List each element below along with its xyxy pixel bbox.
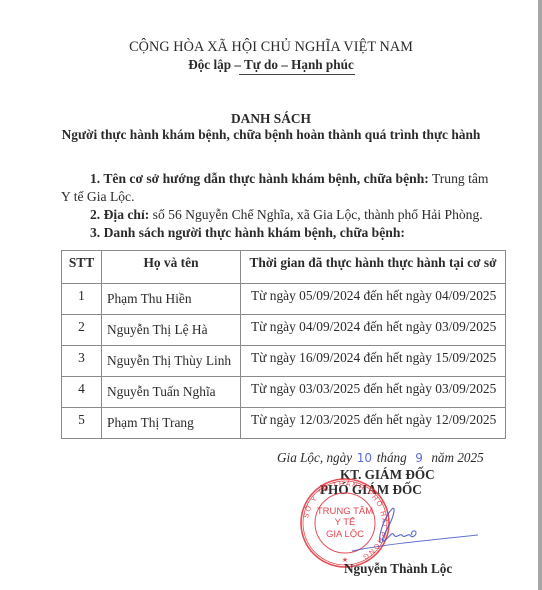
table-row: 3Nguyễn Thị Thùy LinhTừ ngày 16/09/2024 …	[62, 346, 506, 377]
cell-name: Phạm Thị Trang	[102, 408, 241, 439]
cell-stt: 2	[62, 315, 102, 346]
facility-value: Trung tâm	[429, 171, 489, 186]
table-row: 5Phạm Thị TrangTừ ngày 12/03/2025 đến hế…	[62, 408, 506, 439]
signing-day: 10	[355, 451, 373, 465]
cell-period: Từ ngày 04/09/2024 đến hết ngày 03/09/20…	[241, 315, 506, 346]
handwritten-signature-icon	[350, 505, 480, 555]
table-row: 1Phạm Thu HiềnTừ ngày 05/09/2024 đến hết…	[62, 284, 506, 315]
motto-underline	[239, 74, 355, 75]
cell-period: Từ ngày 16/09/2024 đến hết ngày 15/09/20…	[241, 346, 506, 377]
cell-stt: 3	[62, 346, 102, 377]
month-label: tháng	[373, 450, 410, 465]
header-period: Thời gian đã thực hành thực hành tại cơ …	[241, 251, 506, 284]
cell-name: Nguyễn Thị Lệ Hà	[102, 315, 241, 346]
document-subtitle: Người thực hành khám bệnh, chữa bệnh hoà…	[0, 127, 542, 143]
cell-stt: 1	[62, 284, 102, 315]
header-stt: STT	[62, 251, 102, 284]
national-motto: Độc lập – Tự do – Hạnh phúc	[0, 57, 542, 73]
signing-date: Gia Lộc, ngày 10 tháng 9 năm 2025	[277, 450, 484, 466]
cell-period: Từ ngày 03/03/2025 đến hết ngày 03/09/20…	[241, 377, 506, 408]
cell-stt: 5	[62, 408, 102, 439]
page-edge	[538, 0, 542, 590]
table-row: 4Nguyễn Tuấn NghĩaTừ ngày 03/03/2025 đến…	[62, 377, 506, 408]
signer-name: Nguyễn Thành Lộc	[344, 561, 452, 577]
facility-label: 1. Tên cơ sở hướng dẫn thực hành khám bệ…	[90, 171, 429, 186]
facility-line: 1. Tên cơ sở hướng dẫn thực hành khám bệ…	[90, 170, 488, 189]
table-header-row: STT Họ và tên Thời gian đã thực hành thự…	[62, 251, 506, 284]
document-title: DANH SÁCH	[0, 111, 542, 127]
address-value: số 56 Nguyễn Chế Nghĩa, xã Gia Lộc, thàn…	[149, 207, 482, 222]
facility-value-continued: Y tế Gia Lộc.	[61, 188, 134, 207]
cell-name: Nguyễn Thị Thùy Linh	[102, 346, 241, 377]
cell-stt: 4	[62, 377, 102, 408]
list-label: 3. Danh sách người thực hành khám bệnh, …	[90, 224, 405, 243]
signing-place: Gia Lộc, ngày	[277, 450, 355, 465]
signing-month: 9	[410, 451, 428, 465]
address-label: 2. Địa chỉ:	[90, 207, 149, 222]
address-line: 2. Địa chỉ: số 56 Nguyễn Chế Nghĩa, xã G…	[90, 206, 483, 225]
header-name: Họ và tên	[102, 251, 241, 284]
cell-period: Từ ngày 12/03/2025 đến hết ngày 12/09/20…	[241, 408, 506, 439]
national-title: CỘNG HÒA XÃ HỘI CHỦ NGHĨA VIỆT NAM	[0, 39, 542, 56]
practitioner-table: STT Họ và tên Thời gian đã thực hành thự…	[61, 250, 506, 439]
cell-name: Nguyễn Tuấn Nghĩa	[102, 377, 241, 408]
cell-name: Phạm Thu Hiền	[102, 284, 241, 315]
year-label: năm 2025	[428, 450, 484, 465]
table-row: 2Nguyễn Thị Lệ HàTừ ngày 04/09/2024 đến …	[62, 315, 506, 346]
cell-period: Từ ngày 05/09/2024 đến hết ngày 04/09/20…	[241, 284, 506, 315]
